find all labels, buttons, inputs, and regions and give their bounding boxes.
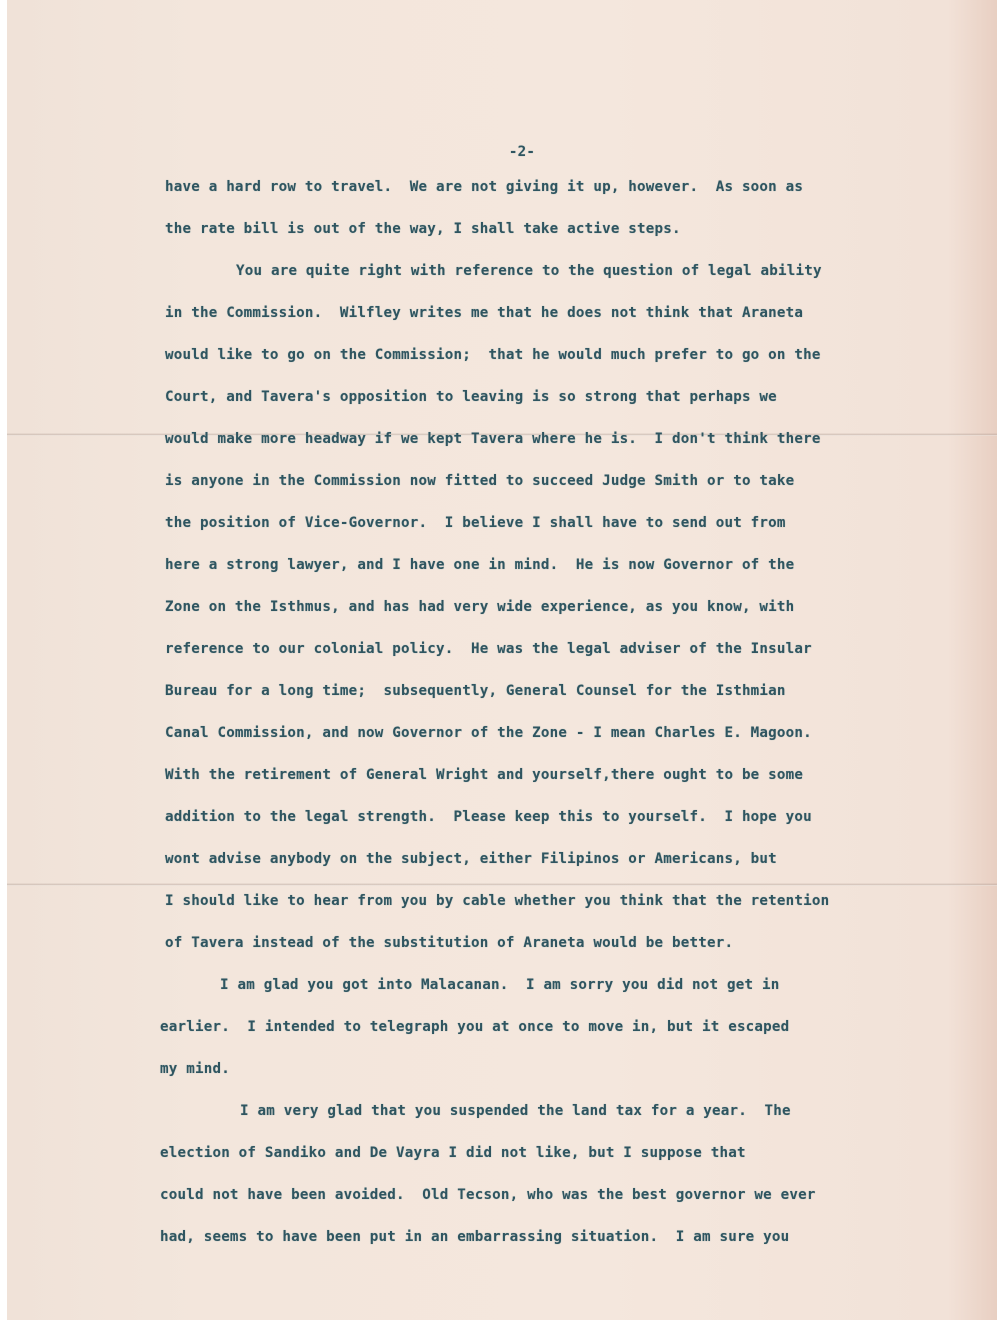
text-line: reference to our colonial policy. He was… [165,641,812,657]
text-line: Court, and Tavera's opposition to leavin… [165,389,777,405]
text-line: election of Sandiko and De Vayra I did n… [160,1145,746,1161]
text-line: I am glad you got into Malacanan. I am s… [220,977,779,993]
text-line: would make more headway if we kept Taver… [165,431,821,447]
text-line: could not have been avoided. Old Tecson,… [160,1187,816,1203]
text-line: had, seems to have been put in an embarr… [160,1229,789,1245]
text-line: here a strong lawyer, and I have one in … [165,557,794,573]
text-line: addition to the legal strength. Please k… [165,809,812,825]
text-line: Zone on the Isthmus, and has had very wi… [165,599,794,615]
text-line: With the retirement of General Wright an… [165,767,803,783]
text-line: I am very glad that you suspended the la… [240,1103,791,1119]
letter-page: -2- have a hard row to travel. We are no… [7,0,997,1320]
text-line: of Tavera instead of the substitution of… [165,935,733,951]
text-line: my mind. [160,1061,230,1077]
text-line: earlier. I intended to telegraph you at … [160,1019,789,1035]
text-line: is anyone in the Commission now fitted t… [165,473,794,489]
text-line: in the Commission. Wilfley writes me tha… [165,305,803,321]
text-line: You are quite right with reference to th… [236,263,822,279]
text-line: I should like to hear from you by cable … [165,893,829,909]
page-number: -2- [7,144,997,160]
text-line: have a hard row to travel. We are not gi… [165,179,803,195]
text-line: would like to go on the Commission; that… [165,347,821,363]
text-line: wont advise anybody on the subject, eith… [165,851,777,867]
text-line: Bureau for a long time; subsequently, Ge… [165,683,786,699]
text-line: the position of Vice-Governor. I believe… [165,515,786,531]
text-line: Canal Commission, and now Governor of th… [165,725,812,741]
paper-fold-line [7,883,997,886]
text-line: the rate bill is out of the way, I shall… [165,221,681,237]
